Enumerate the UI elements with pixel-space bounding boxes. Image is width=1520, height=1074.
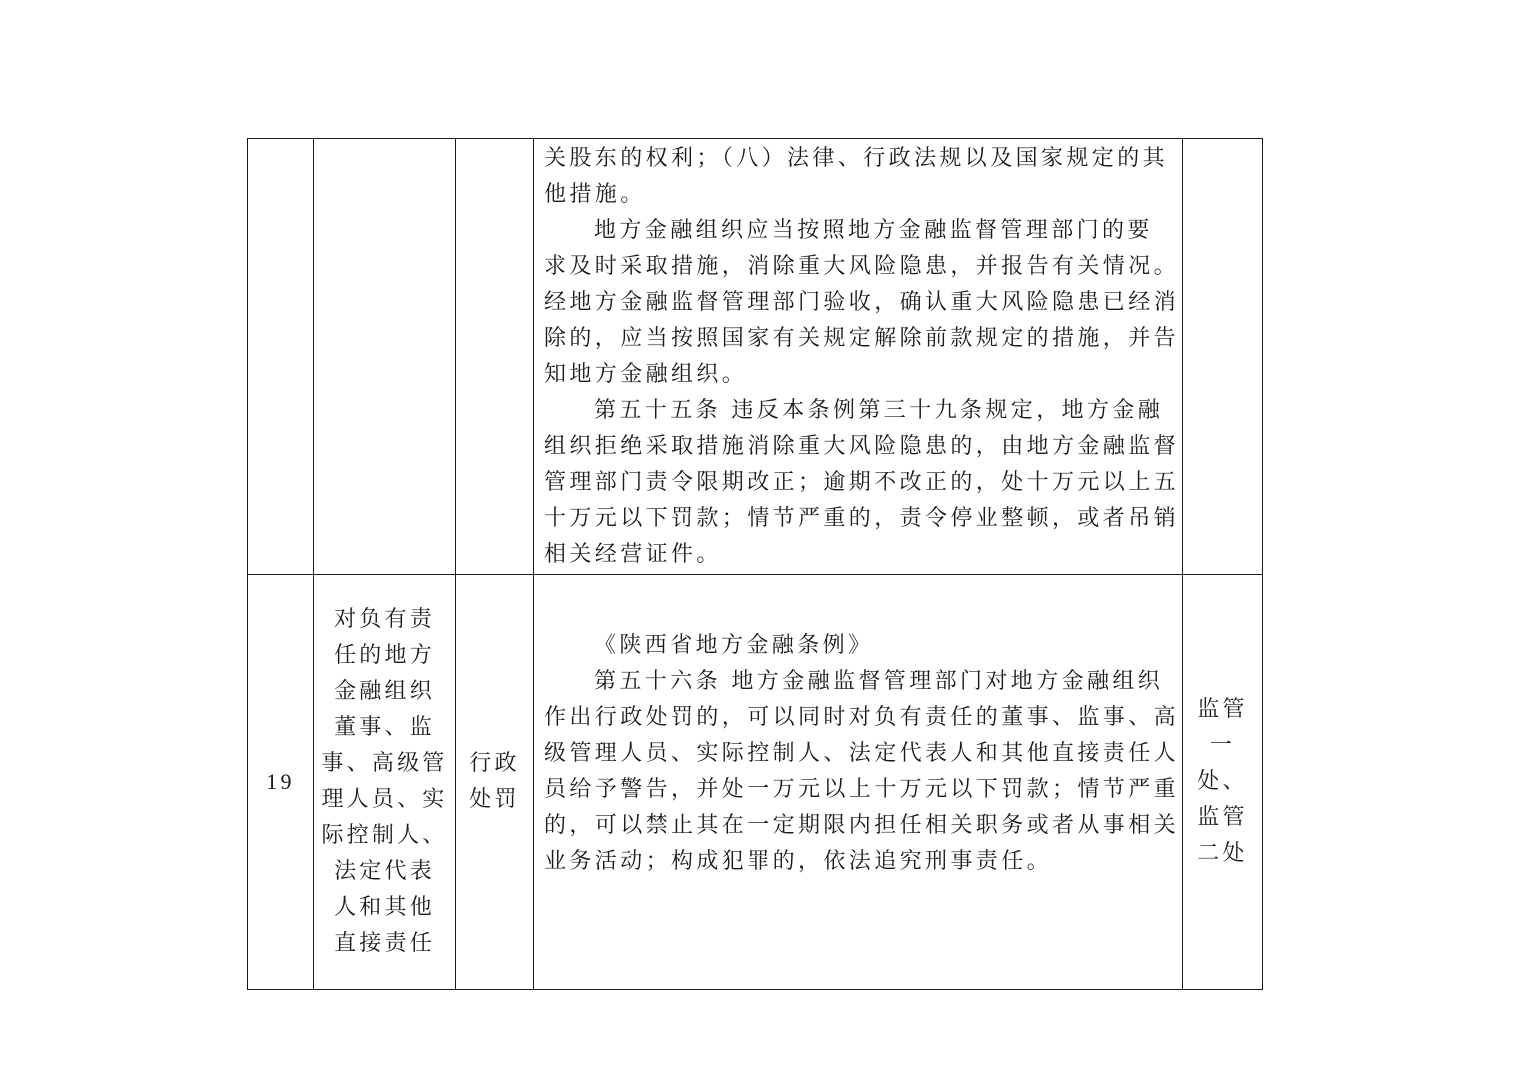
basis-line: 管理部门责令限期改正；逾期不改正的，处十万元以上五 xyxy=(544,465,1176,501)
basis-line: 第五十六条 地方金融监督管理部门对地方金融组织 xyxy=(544,664,1176,700)
regulation-table: 关股东的权利；（八）法律、行政法规以及国家规定的其 他措施。 地方金融组织应当按… xyxy=(247,138,1263,990)
department-line: 二处 xyxy=(1183,836,1262,872)
legal-basis-cell: 关股东的权利；（八）法律、行政法规以及国家规定的其 他措施。 地方金融组织应当按… xyxy=(534,139,1183,575)
basis-line: 关股东的权利；（八）法律、行政法规以及国家规定的其 xyxy=(544,141,1176,177)
basis-line: 地方金融组织应当按照地方金融监督管理部门的要 xyxy=(544,213,1176,249)
department-line: 一 xyxy=(1183,728,1262,764)
item-type-cell xyxy=(456,139,534,575)
row-number-cell xyxy=(248,139,314,575)
item-name-line: 金融组织 xyxy=(314,674,455,710)
item-name-cell xyxy=(314,139,456,575)
basis-line: 组织拒绝采取措施消除重大风险隐患的，由地方金融监督 xyxy=(544,429,1176,465)
basis-line: 作出行政处罚的，可以同时对负有责任的董事、监事、高 xyxy=(544,700,1176,736)
basis-line: 相关经营证件。 xyxy=(544,537,1176,573)
basis-line: 知地方金融组织。 xyxy=(544,357,1176,393)
basis-line: 他措施。 xyxy=(544,177,1176,213)
item-name-line: 直接责任 xyxy=(314,926,455,962)
basis-title: 《陕西省地方金融条例》 xyxy=(544,628,1176,664)
department-line: 监管 xyxy=(1183,800,1262,836)
item-name-line: 理人员、实 xyxy=(314,782,455,818)
item-name-line: 际控制人、 xyxy=(314,818,455,854)
table-row: 19 对负有责 任的地方 金融组织 董事、监 事、高级管 理人员、实 际控制人、… xyxy=(248,575,1263,990)
department-cell: 监管 一 处、 监管 二处 xyxy=(1183,575,1263,990)
legal-basis-cell: 《陕西省地方金融条例》 第五十六条 地方金融监督管理部门对地方金融组织 作出行政… xyxy=(534,575,1183,990)
department-line: 监管 xyxy=(1183,692,1262,728)
item-name-line: 任的地方 xyxy=(314,638,455,674)
document-page: 关股东的权利；（八）法律、行政法规以及国家规定的其 他措施。 地方金融组织应当按… xyxy=(0,0,1520,1074)
basis-line: 第五十五条 违反本条例第三十九条规定，地方金融 xyxy=(544,393,1176,429)
basis-line: 级管理人员、实际控制人、法定代表人和其他直接责任人 xyxy=(544,736,1176,772)
row-number-cell: 19 xyxy=(248,575,314,990)
basis-line: 经地方金融监督管理部门验收，确认重大风险隐患已经消 xyxy=(544,285,1176,321)
table-row: 关股东的权利；（八）法律、行政法规以及国家规定的其 他措施。 地方金融组织应当按… xyxy=(248,139,1263,575)
department-cell xyxy=(1183,139,1263,575)
item-type-line: 行政 xyxy=(456,746,533,782)
basis-line: 员给予警告，并处一万元以上十万元以下罚款；情节严重 xyxy=(544,772,1176,808)
item-type-line: 处罚 xyxy=(456,782,533,818)
basis-line: 的，可以禁止其在一定期限内担任相关职务或者从事相关 xyxy=(544,808,1176,844)
item-name-cell: 对负有责 任的地方 金融组织 董事、监 事、高级管 理人员、实 际控制人、 法定… xyxy=(314,575,456,990)
item-type-cell: 行政 处罚 xyxy=(456,575,534,990)
item-name-line: 事、高级管 xyxy=(314,746,455,782)
item-name-line: 法定代表 xyxy=(314,854,455,890)
item-name-line: 对负有责 xyxy=(314,602,455,638)
item-name-line: 董事、监 xyxy=(314,710,455,746)
basis-line: 业务活动；构成犯罪的，依法追究刑事责任。 xyxy=(544,844,1176,880)
basis-line: 除的，应当按照国家有关规定解除前款规定的措施，并告 xyxy=(544,321,1176,357)
basis-line: 求及时采取措施，消除重大风险隐患，并报告有关情况。 xyxy=(544,249,1176,285)
item-name-line: 人和其他 xyxy=(314,890,455,926)
basis-line: 十万元以下罚款；情节严重的，责令停业整顿，或者吊销 xyxy=(544,501,1176,537)
department-line: 处、 xyxy=(1183,764,1262,800)
